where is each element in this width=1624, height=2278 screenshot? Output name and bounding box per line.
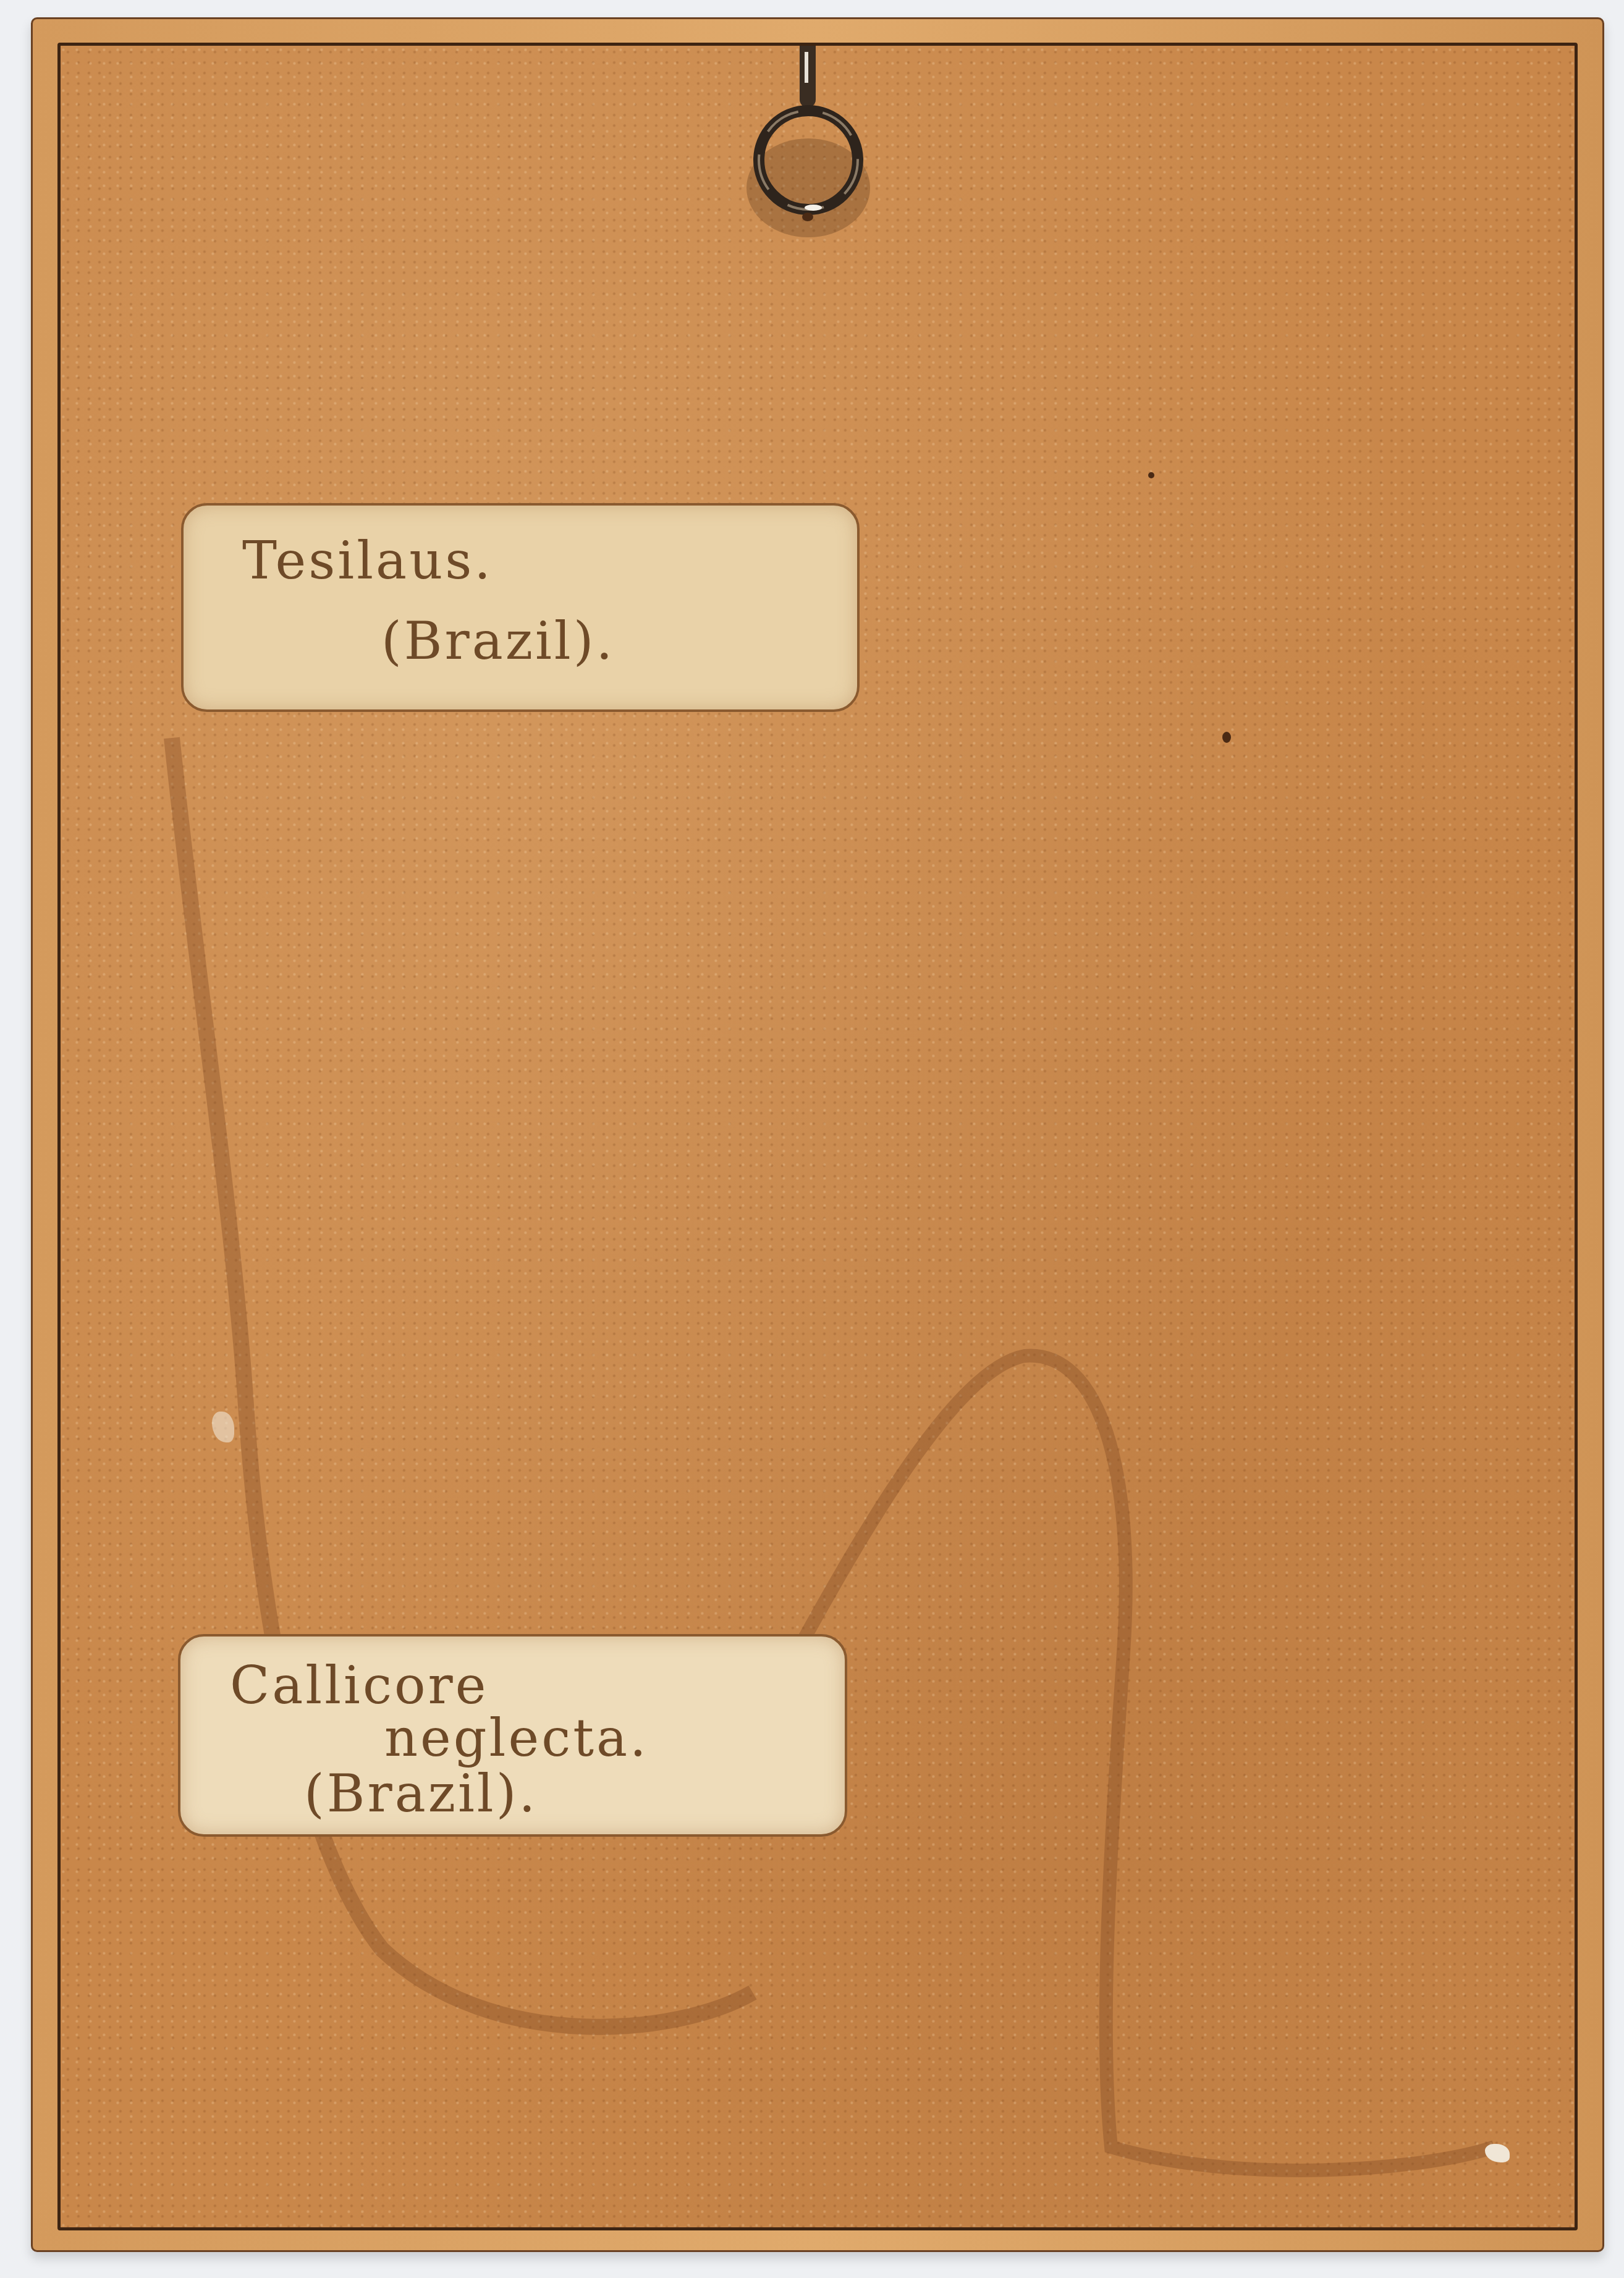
dark-spot xyxy=(802,213,813,221)
label-species-name: neglecta. xyxy=(384,1708,649,1768)
label-locality: (Brazil). xyxy=(304,1763,538,1824)
specimen-label-tesilaus: Tesilaus. (Brazil). xyxy=(181,503,860,712)
label-locality: (Brazil). xyxy=(381,611,615,671)
specimen-label-callicore: Callicore neglecta. (Brazil). xyxy=(178,1634,847,1837)
label-genus-name: Callicore xyxy=(230,1655,488,1716)
wooden-frame: Tesilaus. (Brazil). Callicore neglecta. … xyxy=(31,17,1604,2252)
dark-spot xyxy=(1148,472,1154,478)
water-stains xyxy=(61,46,1575,2227)
dark-spot xyxy=(1222,732,1231,743)
backing-board: Tesilaus. (Brazil). Callicore neglecta. … xyxy=(57,43,1578,2230)
label-species-name: Tesilaus. xyxy=(242,530,493,591)
